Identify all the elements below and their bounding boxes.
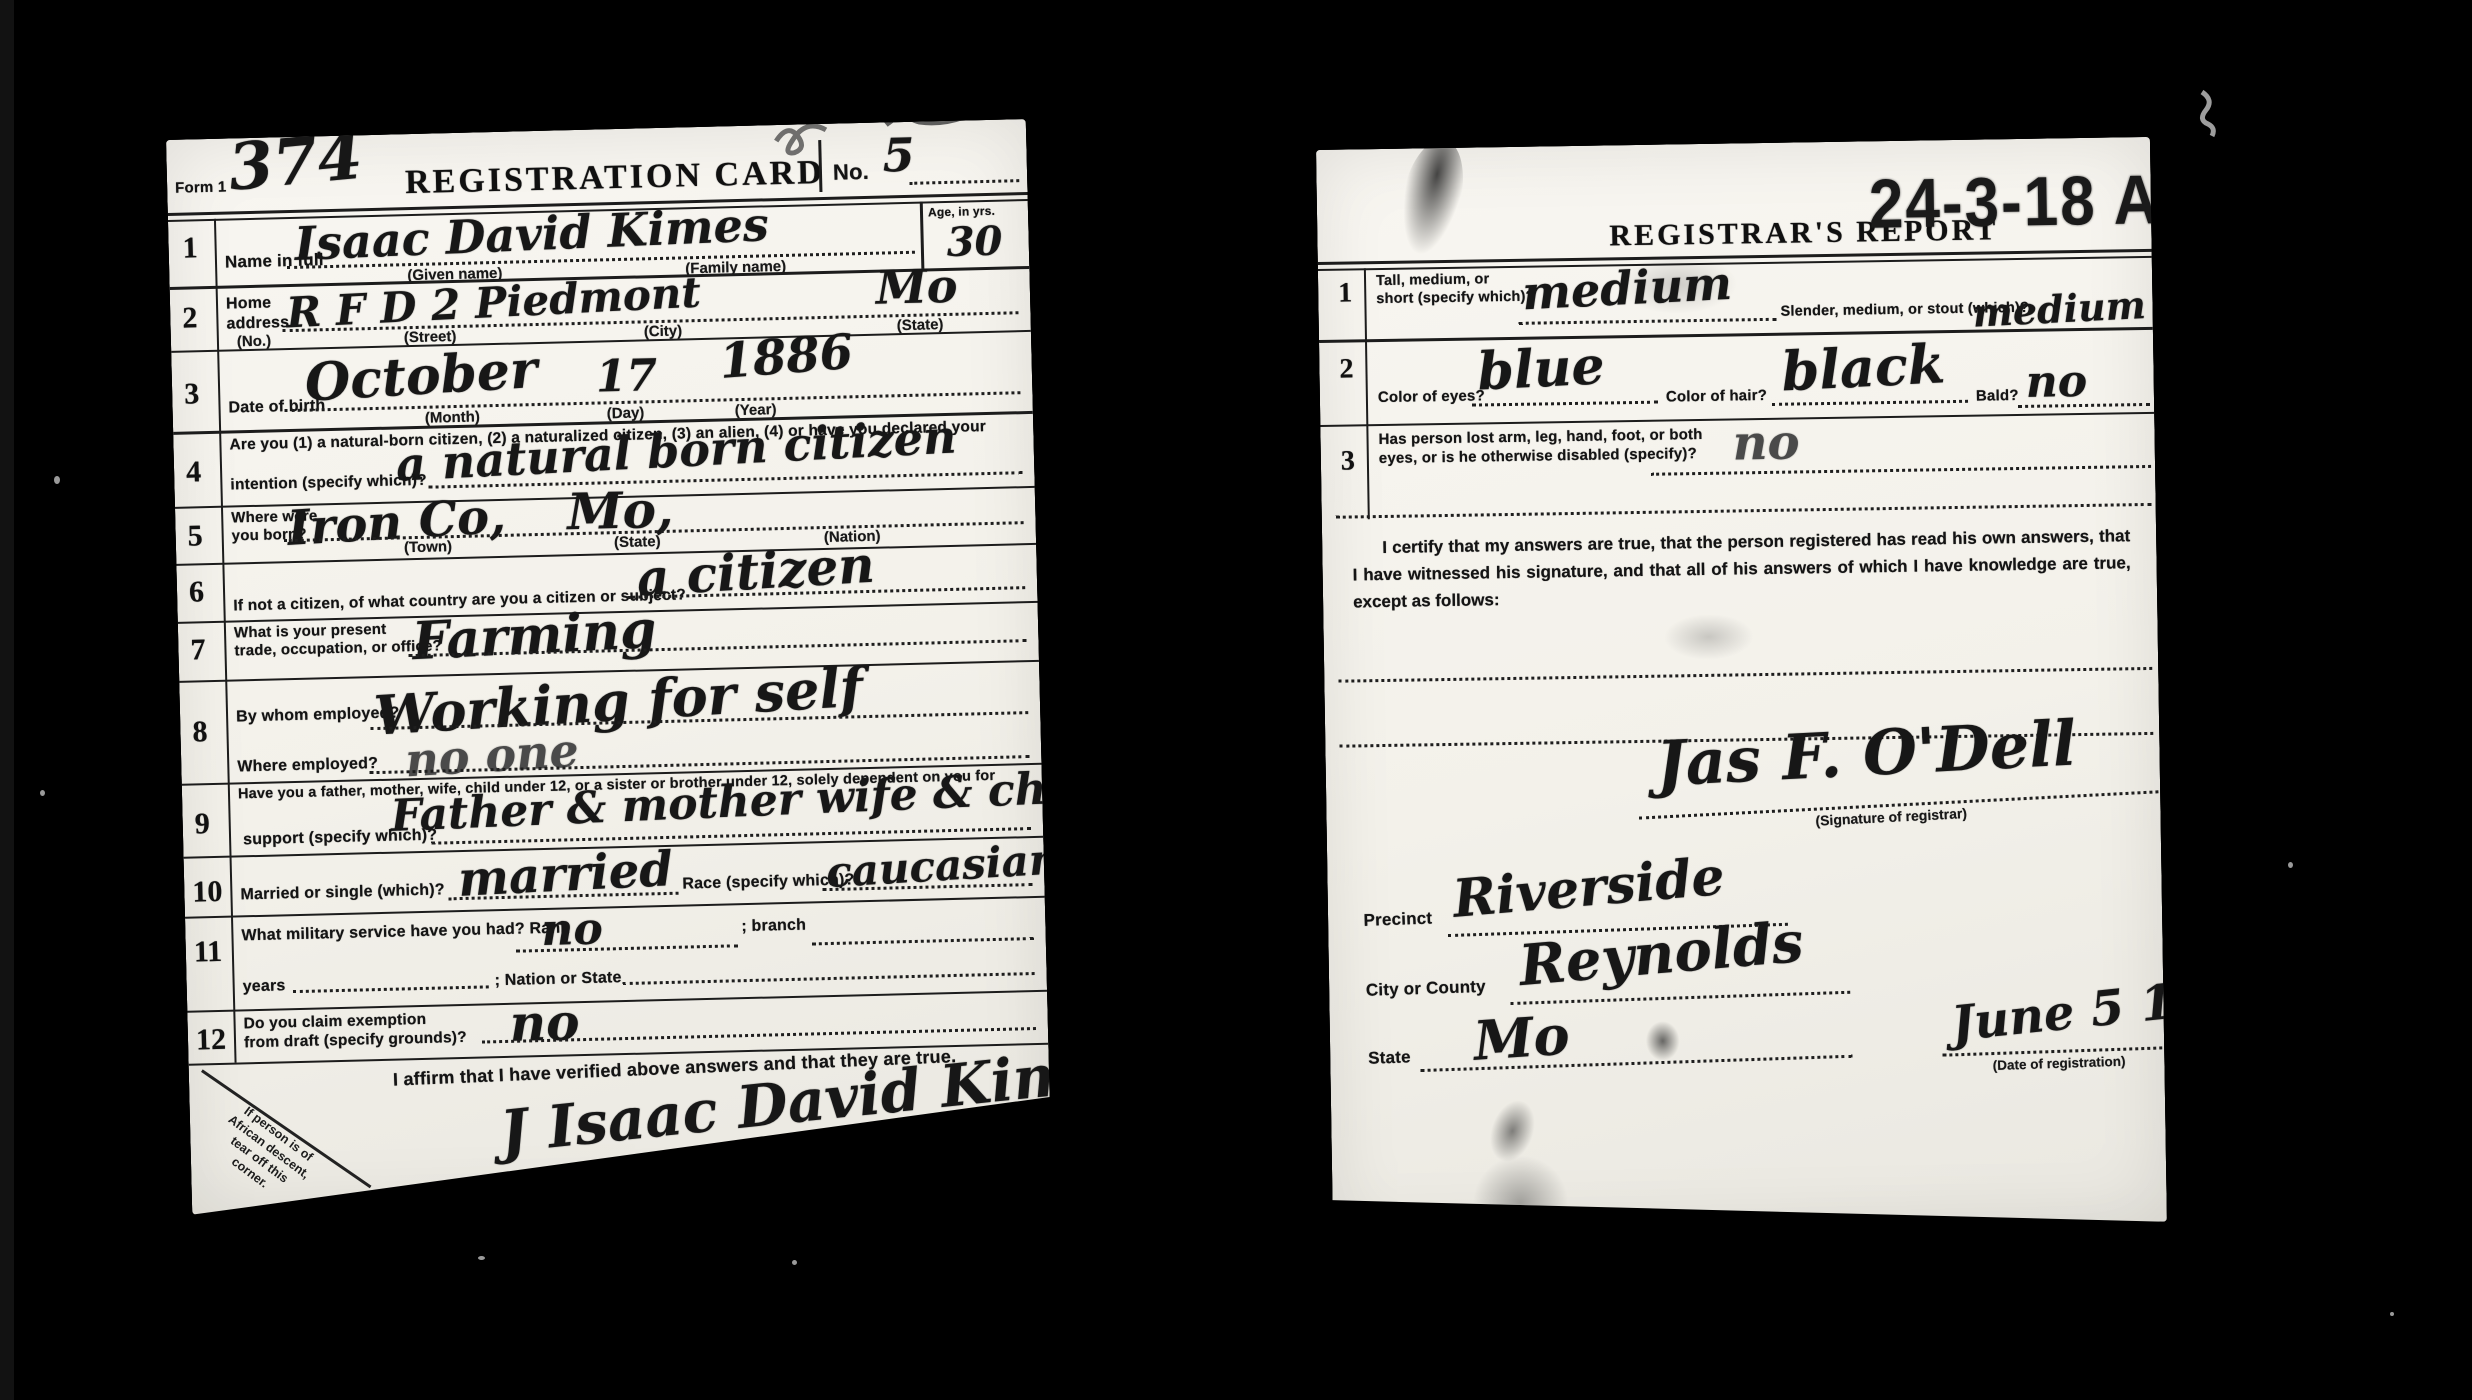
form-label: Form 1	[175, 179, 227, 197]
q3-day-handwritten: 17	[595, 350, 657, 402]
scanned-document-page: Form 1 374 REGISTRATION CARD No. 5 1 Nam…	[0, 0, 2472, 1400]
q11-label-line1: What military service have you had? Rank	[241, 919, 569, 945]
q12-answer-handwritten: no	[509, 992, 580, 1053]
q4-number: 4	[186, 455, 202, 489]
scan-speck	[2288, 862, 2293, 868]
q2-answer-state-handwritten: Mo	[875, 259, 958, 315]
q10-label-line1: Married or single (which)?	[240, 881, 445, 904]
q2-number: 2	[182, 301, 198, 335]
signature-sub-label: (Signature or mark)	[673, 1154, 812, 1185]
scan-speck	[792, 1260, 797, 1265]
state-handwritten: Mo	[1471, 1002, 1571, 1072]
corner-instruction: If person is of African descent, tear of…	[185, 1083, 344, 1215]
date-sub-label: (Date of registration)	[1992, 1054, 2125, 1073]
registrars-report-card: REGISTRAR'S REPORT 24-3-18 A 1 Tall, med…	[1316, 137, 2167, 1235]
q11-branch-dotted-line	[812, 937, 1034, 945]
q2-label-line2: address	[226, 314, 289, 334]
q12-number: 12	[196, 1023, 227, 1058]
ink-stroke	[634, 1186, 653, 1215]
q3-number: 3	[184, 377, 200, 411]
form-number-handwritten: 374	[225, 119, 365, 206]
registration-card: Form 1 374 REGISTRATION CARD No. 5 1 Nam…	[166, 119, 1052, 1215]
county-handwritten: Reynolds	[1517, 909, 1806, 999]
scan-edge-artifact	[0, 0, 14, 1400]
registration-date-handwritten: June 5 1917	[1949, 964, 2167, 1053]
scan-artifact-squiggle	[2182, 88, 2222, 138]
q11-years-dotted-line	[293, 985, 489, 993]
q11-number: 11	[193, 935, 222, 970]
q6-number: 6	[189, 575, 205, 609]
q7-number: 7	[190, 633, 206, 667]
location-fields-block: Precinct Riverside City or County Reynol…	[1316, 137, 2167, 1235]
ink-dot	[1645, 1020, 1680, 1061]
q5-town-handwritten: Iron Co,	[286, 488, 507, 557]
q11-nation-dotted-line	[623, 972, 1035, 985]
q11-nation-label: ; Nation or State	[494, 969, 621, 990]
state-label: State	[1368, 1047, 1411, 1068]
registrant-signature-block: J Isaac David Kimes (Signature or mark)	[480, 1072, 1052, 1215]
scan-speck	[54, 476, 60, 484]
q11-branch-label: ; branch	[741, 917, 806, 937]
q3-month-handwritten: October	[303, 339, 539, 414]
q8-label-line2: Where employed?	[237, 755, 378, 776]
q10-number: 10	[192, 875, 223, 910]
q5-number: 5	[187, 519, 203, 553]
scan-speck	[478, 1256, 485, 1260]
registrant-signature-handwritten: J Isaac David Kimes	[497, 1032, 1052, 1166]
ink-stroke	[831, 1170, 844, 1199]
q2-label-line1: Home	[226, 294, 272, 313]
q1-number: 1	[182, 231, 198, 265]
precinct-handwritten: Riverside	[1451, 846, 1727, 930]
scan-speck	[2390, 1312, 2394, 1316]
no-dotted-line	[909, 179, 1019, 185]
q3-year-handwritten: 1886	[718, 324, 855, 390]
q9-label-line2: support (specify which)?	[243, 827, 438, 850]
precinct-label: Precinct	[1363, 909, 1432, 931]
county-label: City or County	[1366, 977, 1487, 1001]
row11-rule	[187, 990, 1047, 1013]
q11-years-label: years	[243, 977, 286, 996]
pencil-scribble	[765, 119, 996, 165]
q9-number: 9	[194, 807, 210, 841]
scan-speck	[40, 790, 45, 796]
q7-answer-handwritten: Farming	[411, 599, 658, 672]
q8-number: 8	[192, 715, 208, 749]
card-title: REGISTRATION CARD	[405, 154, 826, 202]
q5-sub-town: (Town)	[404, 538, 452, 556]
